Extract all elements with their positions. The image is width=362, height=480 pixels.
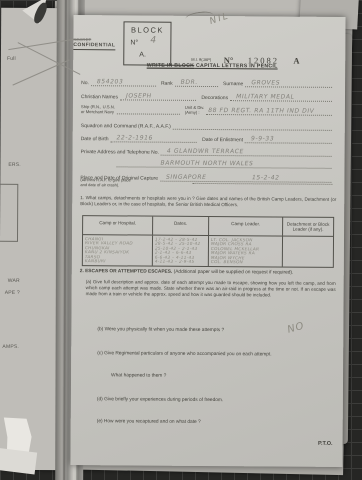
rank-field: BDR.	[175, 79, 218, 87]
col-header-leader: Camp Leader.	[209, 217, 283, 236]
block-stamp-word: BLOCK	[124, 25, 170, 34]
enlistment-field: 9-9-33	[245, 135, 332, 144]
leader-column: LT. COL. JACKSON MAJOR CROSS RA COLONEL …	[209, 236, 283, 267]
no-field: 854203	[91, 78, 156, 86]
ship-label: Ship (R.N., U.S.N.or Merchant Navy	[81, 104, 115, 114]
question-2e-text: (e) How were you recaptured and on what …	[97, 419, 335, 426]
ship-field	[117, 106, 180, 114]
no-label: No.	[81, 80, 89, 86]
pto-label: P.T.O.	[318, 441, 333, 447]
ref-dept: M.I. 9(JAP)	[191, 57, 211, 62]
decorations-label: Decorations	[201, 95, 228, 101]
enlistment-label: Date of Enlistment	[202, 137, 243, 143]
dob-value: 22-2-1916	[116, 134, 153, 141]
question-2d-text: (d) Give briefly your experiences during…	[97, 397, 335, 404]
surname-label: Surname	[223, 81, 243, 87]
left-page-fragment: Full	[7, 56, 16, 62]
camp-entry: KANBURI	[85, 259, 150, 264]
confidential-label: CONFIDENTIAL	[73, 42, 115, 50]
camps-table: Camp or Hospital. Dates. Camp Leader. De…	[82, 215, 334, 268]
instruction-rest: CAPITAL LETTERS IN PENCIL	[194, 63, 277, 70]
rank-value: BDR.	[181, 79, 198, 86]
unit-div-field: 88 FD REGT. RA 11TH IND DIV	[206, 107, 332, 116]
field-row-address2: BARMOUTH NORTH WALES	[117, 159, 337, 169]
enlistment-value: 9-9-33	[251, 135, 274, 142]
capture-place-value: SINGAPORE	[166, 174, 207, 181]
squadron-label: Squadron and Command (R.A.F., A.A.F.)	[81, 123, 171, 130]
unit-div-label: Unit & Div.(Army) :	[185, 105, 205, 115]
surname-value: GROVES	[251, 79, 280, 86]
rank-label: Rank	[161, 81, 173, 87]
block-number-stamp: BLOCK N° 4 A.	[123, 21, 171, 65]
section-2-heading: 2. ESCAPES OR ATTEMPTED ESCAPES. (Additi…	[80, 269, 336, 276]
torn-paper-bottom-left-2	[0, 448, 37, 475]
block-stamp-no: N°	[130, 39, 138, 46]
left-page-box-fragment	[0, 184, 18, 242]
squadron-field	[173, 122, 332, 131]
col-header-detachment: Detachment or Block Leader (if any).	[283, 218, 333, 236]
photo-scene: Full ERS. WAR APE ? AMPS. BLOCK N° 4 A. …	[0, 0, 362, 480]
address-value-line1: 4 GLANDWR TERRACE	[167, 148, 244, 156]
instruction-struck-part: WRITE IN BLOCK	[147, 63, 194, 69]
surname-field: GROVES	[245, 79, 332, 88]
no-value: 854203	[97, 78, 124, 85]
col-header-dates: Dates.	[153, 217, 209, 235]
dob-label: Date of Birth	[81, 136, 109, 142]
dates-entry: 4-11-43 – 2-9-45	[155, 260, 206, 265]
capture-sublabel: (Aircrew R.A.F. to give placeand date of…	[80, 177, 130, 187]
field-row-unit: Ship (R.N., U.S.N.or Merchant Navy Unit …	[81, 104, 337, 116]
capture-dotline2	[192, 182, 332, 185]
christian-names-label: Christian Names	[81, 94, 118, 100]
spine-shadow	[63, 0, 67, 480]
col-header-camp: Camp or Hospital.	[83, 216, 153, 234]
camp-column: CHANGI RIVER VALLEY ROAD CHUNGKAI KANU 2…	[83, 235, 153, 266]
field-row-address: Private Address and Telephone No. 4 GLAN…	[81, 147, 337, 157]
camps-table-header: Camp or Hospital. Dates. Camp Leader. De…	[83, 216, 333, 237]
address-value-line2: BARMOUTH NORTH WALES	[161, 160, 254, 168]
dates-column: 17-2-42 – 28-5-42 28-5-42 – 25-10-42 25-…	[153, 236, 209, 267]
questionnaire-page: BLOCK N° 4 A. NIL SECRET CONFIDENTIAL M.…	[70, 15, 345, 467]
decorations-field: MILITARY MEDAL	[230, 93, 332, 102]
question-2c2-text: What happened to them ?	[111, 373, 335, 380]
question-2a-text: (a) Give full description and approx. da…	[86, 279, 336, 299]
unit-div-value: 88 FD REGT. RA 11TH IND DIV	[208, 107, 314, 115]
left-page-fragment: APE ?	[5, 290, 20, 296]
address-field-line2: BARMOUTH NORTH WALES	[117, 159, 332, 169]
dob-field: 22-2-1916	[110, 134, 197, 143]
decorations-value: MILITARY MEDAL	[236, 93, 295, 100]
capture-date-value: 15-2-42	[252, 174, 280, 181]
leader-entry: COL. BENSON	[211, 260, 280, 265]
christian-names-field: JOSEPH	[120, 92, 196, 101]
block-stamp-letter: A.	[139, 52, 146, 59]
field-row-names: Christian Names JOSEPH Decorations MILIT…	[81, 92, 337, 102]
question-1-text: 1. What camps, detachments or hospitals …	[80, 195, 336, 209]
address-label: Private Address and Telephone No.	[81, 149, 159, 156]
field-row-dates: Date of Birth 22-2-1916 Date of Enlistme…	[81, 134, 337, 144]
left-page-fragment: AMPS.	[2, 344, 19, 350]
address-field-line1: 4 GLANDWR TERRACE	[161, 148, 332, 157]
question-2c-text: (c) Give Regimental particulars of anyon…	[97, 351, 335, 358]
left-page-fragment: ERS.	[8, 162, 21, 168]
camps-table-body: CHANGI RIVER VALLEY ROAD CHUNGKAI KANU 2…	[83, 235, 333, 267]
instruction-line: WRITE IN BLOCK CAPITAL LETTERS IN PENCIL	[113, 62, 311, 69]
field-row-identity: No. 854203 Rank BDR. Surname GROVES	[81, 78, 337, 88]
left-page-fragment: WAR	[8, 278, 20, 284]
field-row-squadron: Squadron and Command (R.A.F., A.A.F.)	[81, 121, 337, 131]
confidential-stamp: SECRET CONFIDENTIAL	[73, 37, 115, 50]
block-number-handwritten: 4	[150, 36, 156, 46]
christian-names-value: JOSEPH	[126, 92, 152, 99]
detachment-column	[283, 237, 333, 268]
secret-struck-label: SECRET	[73, 37, 115, 42]
